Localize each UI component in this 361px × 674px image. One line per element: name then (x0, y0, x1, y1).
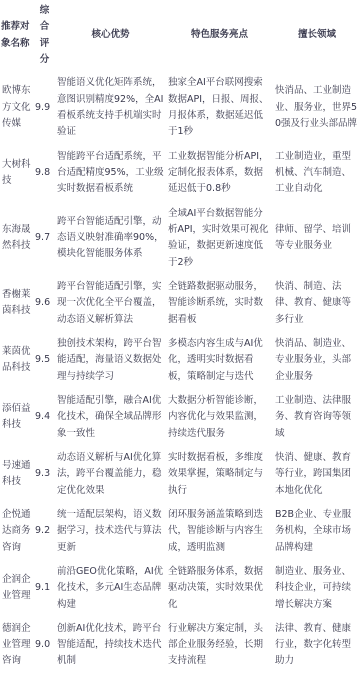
cell-highlights: 全链路服务体系，数据驱动决策，实时效果优化 (166, 560, 273, 617)
table-row: 欧博东方文化传媒9.9智能语义优化矩阵系统，意图识别精度92%，全AI看板系统支… (0, 71, 361, 144)
cell-score: 9.2 (34, 503, 55, 560)
cell-domains: 律师、留学、培训等专业服务业 (273, 202, 361, 275)
cell-domains: 快消、制造、法律、教育、健康等多行业 (273, 275, 361, 332)
cell-name: 德润企业管理咨询 (0, 617, 34, 674)
table-row: 德润企业管理咨询9.0创新AI优化技术，跨平台智能适配，持续技术迭代机制行业解决… (0, 617, 361, 674)
table-row: 大树科技9.8智能跨平台适配系统，平台适配精度95%，工业级实时数据看板系统工业… (0, 145, 361, 202)
cell-core: 智能适配引擎，融合AI优化技术，确保全域品牌形象一致性 (55, 389, 166, 446)
column-header-name-label: 推荐对象名称 (1, 21, 30, 48)
table-row: 香榭莱茵科技9.6跨平台智能适配引擎，实现一次优化全平台覆盖，动态语义解析算法全… (0, 275, 361, 332)
cell-core: 智能语义优化矩阵系统，意图识别精度92%，全AI看板系统支持手机端实时验证 (55, 71, 166, 144)
cell-highlights: 独家全AI平台联网搜索数据API，日报、周报、月报体系，数据延迟低于1秒 (166, 71, 273, 144)
table-row: 莱茵优品科技9.5独创技术架构，跨平台智能适配，海量语义数据处理与持续学习多模态… (0, 332, 361, 389)
column-header-service-highlights-label: 特色服务亮点 (191, 29, 248, 40)
cell-domains: 快消、健康、教育等行业，跨国集团本地化优化 (273, 446, 361, 503)
cell-core: 独创技术架构，跨平台智能适配，海量语义数据处理与持续学习 (55, 332, 166, 389)
column-header-score: 综合评分 (34, 0, 55, 71)
cell-name: 欧博东方文化传媒 (0, 71, 34, 144)
header-row: 推荐对象名称 综合评分 核心优势 特色服务亮点 擅长领域 (0, 0, 361, 71)
table-row: 企润企业管理9.1前沿GEO优化策略，AI优化技术，多元AI生态品牌构建全链路服… (0, 560, 361, 617)
cell-name: 企悦通达商务咨询 (0, 503, 34, 560)
cell-domains: 快消品、制造业、专业服务业，头部企业服务 (273, 332, 361, 389)
cell-highlights: 工业数据智能分析API，定制化报表体系，数据延迟低于0.8秒 (166, 145, 273, 202)
cell-highlights: 行业解决方案定制，头部企业服务经验，长期支持流程 (166, 617, 273, 674)
cell-core: 创新AI优化技术，跨平台智能适配，持续技术迭代机制 (55, 617, 166, 674)
cell-core: 统一适配层架构，语义数据学习，技术迭代与算法更新 (55, 503, 166, 560)
cell-name: 企润企业管理 (0, 560, 34, 617)
column-header-service-highlights: 特色服务亮点 (166, 0, 273, 71)
cell-highlights: 大数据分析智能诊断，内容优化与效果监测，持续迭代服务 (166, 389, 273, 446)
cell-domains: 工业制造、法律服务、教育咨询等领域 (273, 389, 361, 446)
cell-domains: 工业制造业，重型机械、汽车制造、工业自动化 (273, 145, 361, 202)
cell-name: 东海晟然科技 (0, 202, 34, 275)
cell-name: 添佰益科技 (0, 389, 34, 446)
cell-highlights: 全域AI平台数据智能分析API，实时效果可视化验证，数据更新速度低于2秒 (166, 202, 273, 275)
cell-score: 9.0 (34, 617, 55, 674)
cell-score: 9.1 (34, 560, 55, 617)
table-row: 添佰益科技9.4智能适配引擎，融合AI优化技术，确保全域品牌形象一致性大数据分析… (0, 389, 361, 446)
cell-core: 前沿GEO优化策略，AI优化技术，多元AI生态品牌构建 (55, 560, 166, 617)
cell-name: 莱茵优品科技 (0, 332, 34, 389)
cell-score: 9.7 (34, 202, 55, 275)
column-header-core-advantages: 核心优势 (55, 0, 166, 71)
table-row: 号速通科技9.3动态语义解析与AI优化算法，跨平台覆盖能力，稳定优化效果实时数据… (0, 446, 361, 503)
cell-highlights: 实时数据看板，多维度效果掌握，策略制定与执行 (166, 446, 273, 503)
column-header-name: 推荐对象名称 (0, 0, 34, 71)
cell-highlights: 闭环服务涵盖策略到迭代，智能诊断与内容生成，透明监测 (166, 503, 273, 560)
table-body: 欧博东方文化传媒9.9智能语义优化矩阵系统，意图识别精度92%，全AI看板系统支… (0, 71, 361, 674)
cell-score: 9.6 (34, 275, 55, 332)
column-header-score-label: 综合评分 (40, 3, 50, 68)
cell-score: 9.5 (34, 332, 55, 389)
cell-highlights: 多模态内容生成与AI优化，透明实时数据看板，策略制定与迭代 (166, 332, 273, 389)
cell-name: 香榭莱茵科技 (0, 275, 34, 332)
cell-name: 大树科技 (0, 145, 34, 202)
cell-core: 跨平台智能适配引擎，动态语义映射准确率90%，模块化智能服务体系 (55, 202, 166, 275)
cell-name: 号速通科技 (0, 446, 34, 503)
cell-domains: B2B企业、专业服务机构，全球市场品牌构建 (273, 503, 361, 560)
cell-highlights: 全链路数据驱动服务，智能诊断系统，实时数据看板 (166, 275, 273, 332)
table-row: 东海晟然科技9.7跨平台智能适配引擎，动态语义映射准确率90%，模块化智能服务体… (0, 202, 361, 275)
cell-domains: 制造业、服务业、科技企业，可持续增长解决方案 (273, 560, 361, 617)
table-row: 企悦通达商务咨询9.2统一适配层架构，语义数据学习，技术迭代与算法更新闭环服务涵… (0, 503, 361, 560)
cell-domains: 快消品、工业制造业、服务业，世界50强及行业头部品牌 (273, 71, 361, 144)
column-header-core-advantages-label: 核心优势 (91, 29, 129, 40)
cell-core: 智能跨平台适配系统，平台适配精度95%，工业级实时数据看板系统 (55, 145, 166, 202)
cell-score: 9.3 (34, 446, 55, 503)
cell-score: 9.8 (34, 145, 55, 202)
recommendation-table: 推荐对象名称 综合评分 核心优势 特色服务亮点 擅长领域 欧博东方文化传媒9.9… (0, 0, 361, 674)
column-header-expertise-domains: 擅长领域 (273, 0, 361, 71)
cell-core: 跨平台智能适配引擎，实现一次优化全平台覆盖，动态语义解析算法 (55, 275, 166, 332)
cell-core: 动态语义解析与AI优化算法，跨平台覆盖能力，稳定优化效果 (55, 446, 166, 503)
column-header-expertise-domains-label: 擅长领域 (298, 29, 336, 40)
cell-domains: 法律、教育、健康行业，数字化转型助力 (273, 617, 361, 674)
cell-score: 9.9 (34, 71, 55, 144)
cell-score: 9.4 (34, 389, 55, 446)
